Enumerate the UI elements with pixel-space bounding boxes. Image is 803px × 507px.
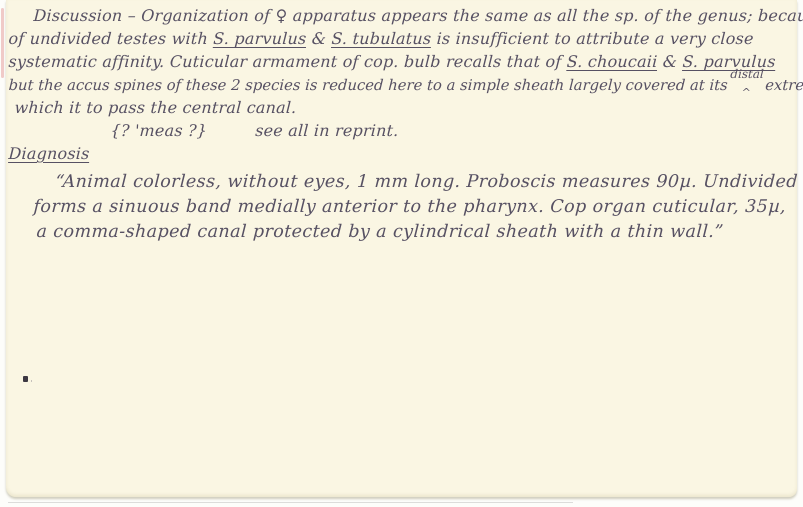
- discussion-line-5: which it to pass the central canal.: [14, 98, 297, 118]
- braces-annotation: {? 'meas ?}: [110, 121, 208, 140]
- discussion-line-3: systematic affinity. Cuticular armament …: [8, 52, 776, 72]
- diagnosis-line-2-text: forms a sinuous band medially anterior t…: [33, 197, 786, 217]
- scanned-index-card-page: Discussion – Organization of ♀ apparatus…: [0, 0, 803, 507]
- diagnosis-line-3-text: a comma-shaped canal protected by a cyli…: [36, 222, 724, 242]
- discussion-line-2: of undivided testes with S. parvulus & S…: [8, 29, 754, 49]
- discussion-line-3-text-b: &: [657, 52, 683, 71]
- discussion-line-6: {? 'meas ?}see all in reprint.: [110, 121, 399, 141]
- scan-edge-artifact: [1, 8, 4, 78]
- species-name-choucaii: S. choucaii: [566, 52, 658, 71]
- ink-speck: [23, 376, 28, 382]
- discussion-line-5-text: which it to pass the central canal.: [14, 98, 297, 117]
- reprint-note: see all in reprint.: [255, 121, 399, 140]
- discussion-line-4: but the accus spines of these 2 species …: [8, 76, 803, 96]
- discussion-line-2-text-b: &: [306, 29, 332, 48]
- diagnosis-heading-line: Diagnosis: [8, 144, 90, 164]
- discussion-line-1: Discussion – Organization of ♀ apparatus…: [33, 6, 803, 26]
- species-name-parvulus: S. parvulus: [213, 29, 307, 48]
- diagnosis-line-1: “Animal colorless, without eyes, 1 mm lo…: [55, 172, 803, 192]
- diagnosis-line-1-text: “Animal colorless, without eyes, 1 mm lo…: [55, 172, 803, 192]
- discussion-line-1-text: – Organization of ♀ apparatus appears th…: [122, 6, 803, 25]
- discussion-line-3-text-a: systematic affinity. Cuticular armament …: [8, 52, 567, 71]
- diagnosis-line-3: a comma-shaped canal protected by a cyli…: [36, 222, 724, 242]
- discussion-line-4-text-a: but the accus spines of these 2 species …: [8, 77, 728, 94]
- discussion-heading: Discussion: [33, 6, 123, 25]
- species-name-tubulatus: S. tubulatus: [331, 29, 432, 48]
- scanner-edge-line: [8, 502, 573, 503]
- diagnosis-line-2: forms a sinuous band medially anterior t…: [33, 197, 786, 217]
- discussion-line-2-text-a: of undivided testes with: [8, 29, 214, 48]
- discussion-line-2-text-c: is insufficient to attribute a very clos…: [431, 29, 754, 48]
- diagnosis-heading: Diagnosis: [8, 144, 90, 163]
- discussion-line-4-text-b: extremity: [765, 77, 803, 94]
- index-card: [6, 0, 797, 497]
